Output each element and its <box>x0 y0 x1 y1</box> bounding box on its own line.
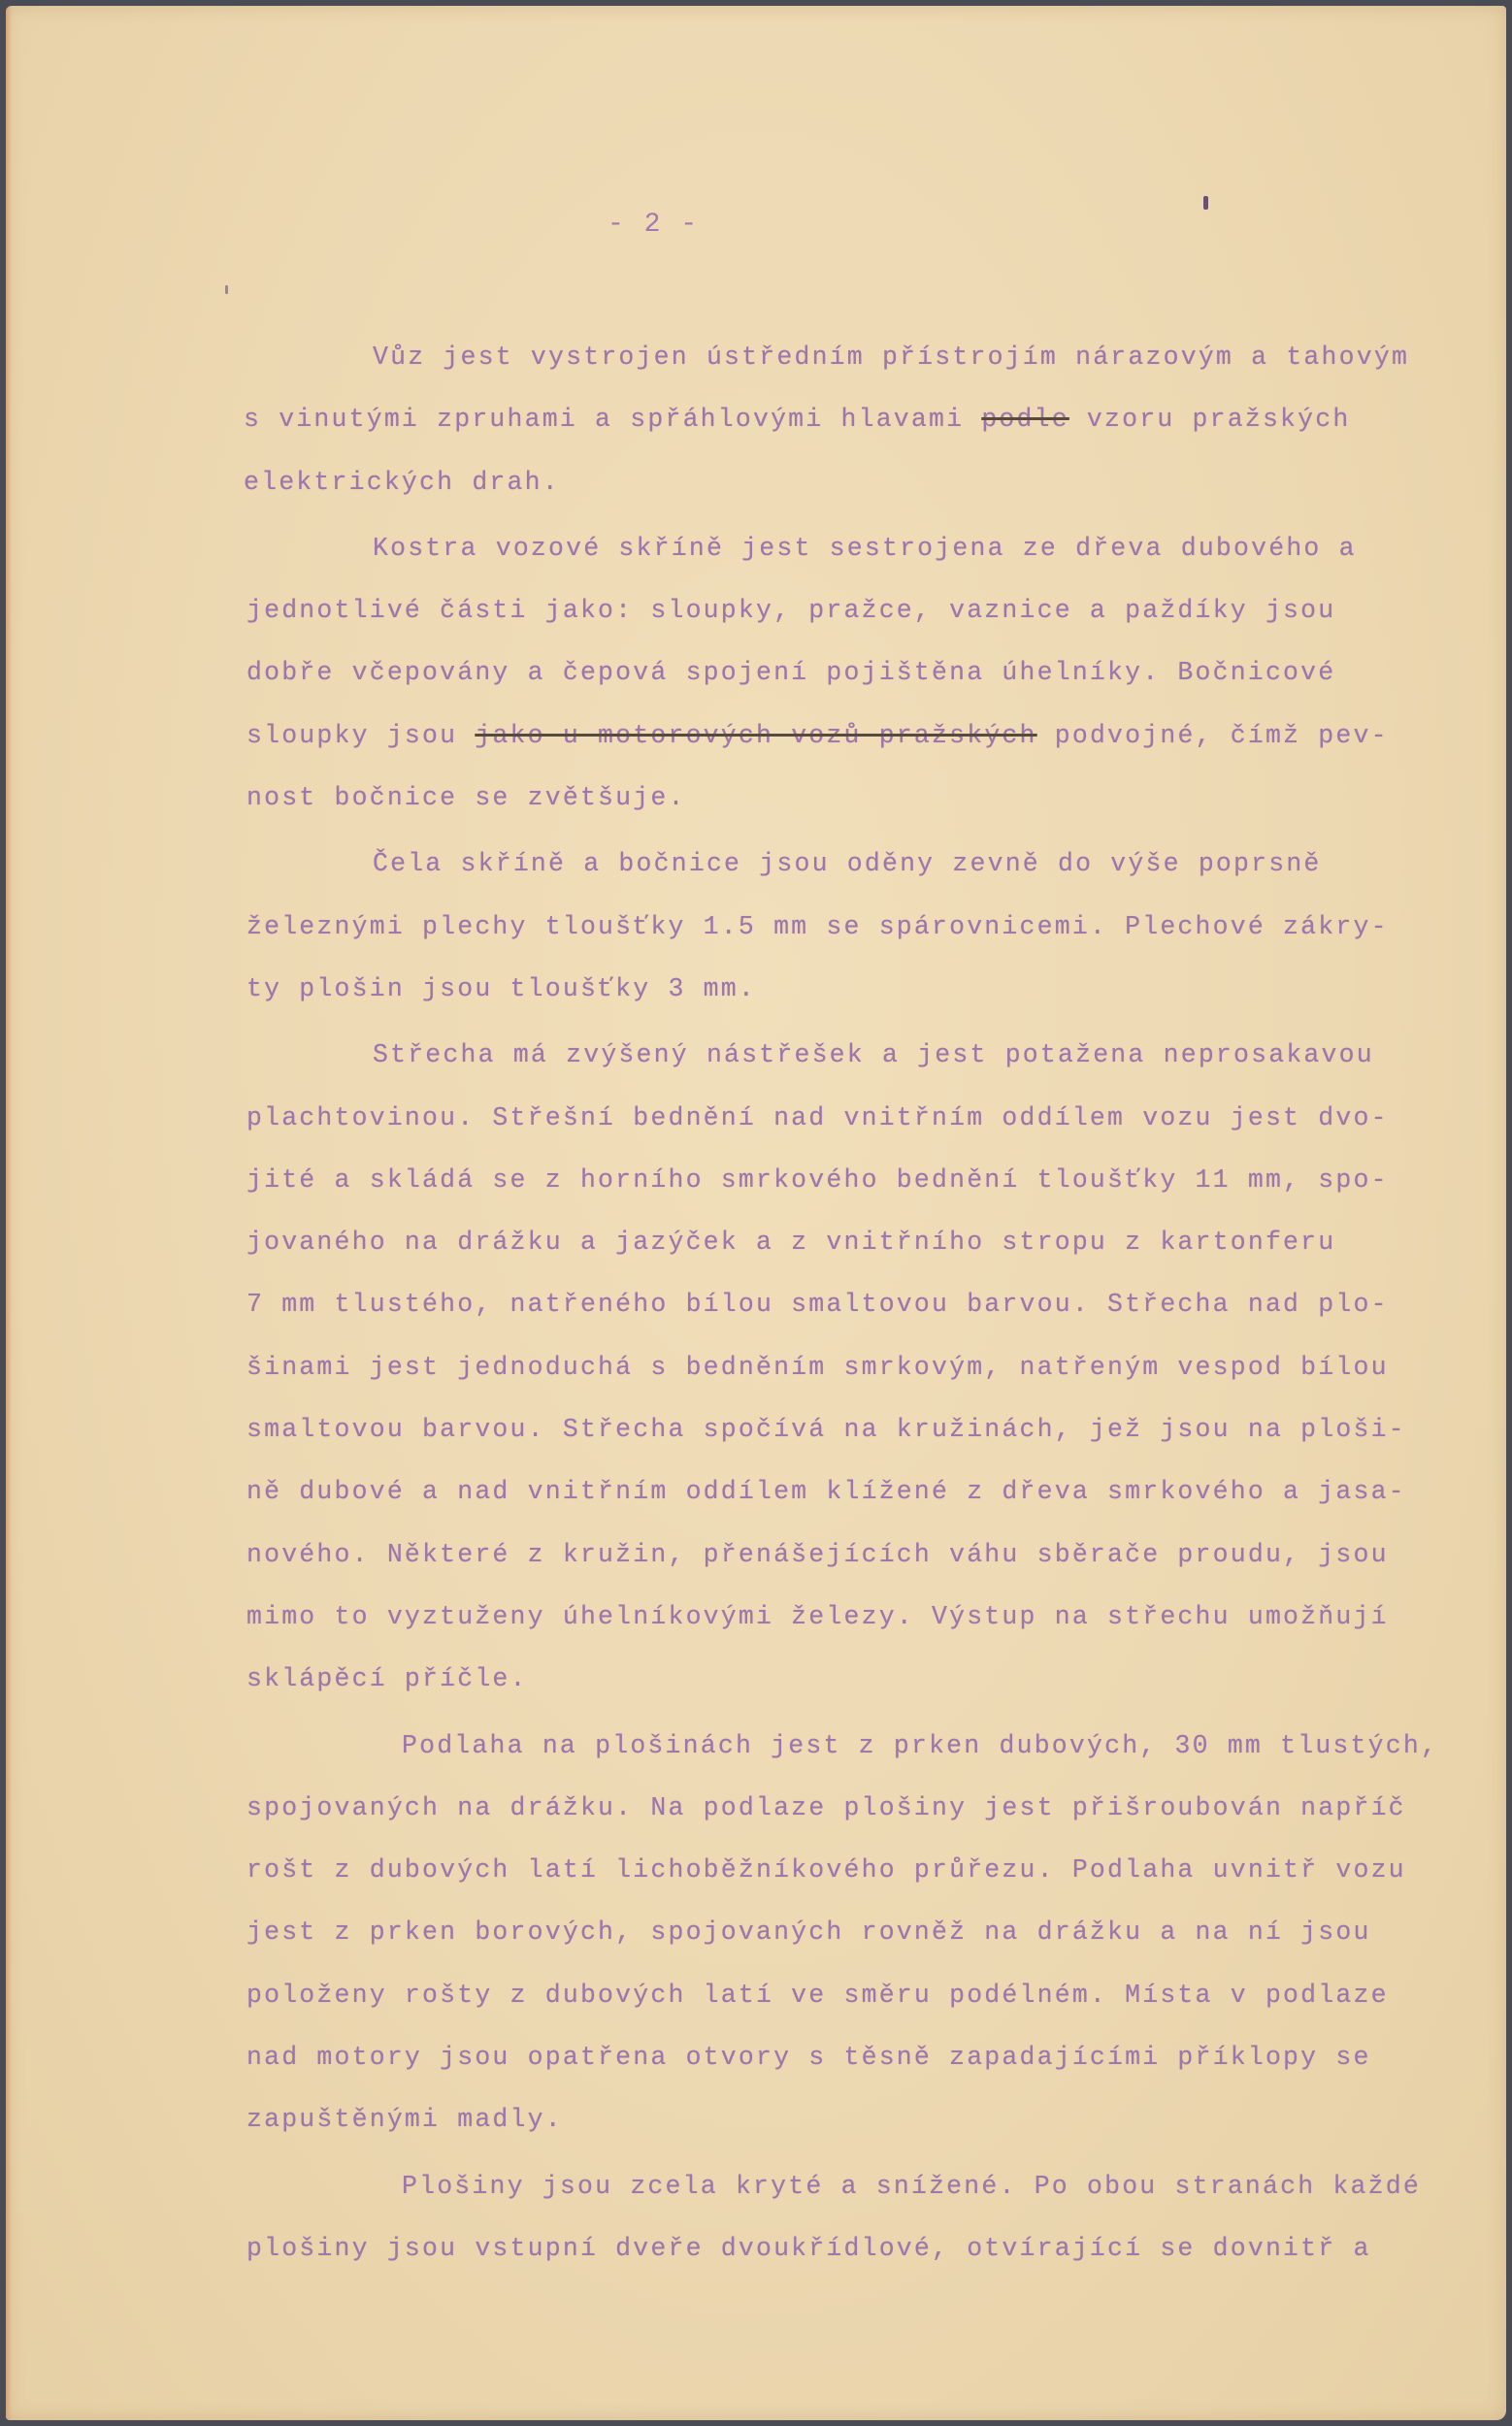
text-line: Čela skříně a bočnice jsou oděny zevně d… <box>247 833 1469 895</box>
struck-text: podle <box>981 405 1069 434</box>
page-number: - 2 - <box>608 210 699 240</box>
text-line: nad motory jsou opatřena otvory s těsně … <box>247 2026 1469 2088</box>
text-line: jednotlivé části jako: sloupky, pražce, … <box>247 579 1469 641</box>
text-fragment: sloupky jsou <box>247 721 475 750</box>
text-line: jité a skládá se z horního smrkového bed… <box>247 1149 1469 1211</box>
text-line: spojovaných na drážku. Na podlaze plošin… <box>247 1777 1469 1839</box>
typewritten-page: - 2 - Vůz jest vystrojen ústředním příst… <box>6 6 1506 2420</box>
document-body: Vůz jest vystrojen ústředním přístrojím … <box>247 326 1469 2279</box>
paragraph-5: Podlaha na plošinách jest z prken dubový… <box>247 1715 1469 2151</box>
ink-speck <box>1203 196 1208 210</box>
text-line: sloupky jsou jako u motorových vozů praž… <box>247 705 1469 767</box>
text-line: plachtovinou. Střešní bednění nad vnitřn… <box>247 1087 1469 1149</box>
text-fragment: s vinutými zpruhami a spřáhlovými hlavam… <box>244 405 981 434</box>
text-line: Plošiny jsou zcela kryté a snížené. Po o… <box>247 2155 1469 2217</box>
paragraph-4: Střecha má zvýšený nástřešek a jest pota… <box>247 1024 1469 1710</box>
text-line: jovaného na drážku a jazýček a z vnitřní… <box>247 1211 1469 1273</box>
text-line: elektrických drah. <box>244 451 1469 513</box>
text-line: 7 mm tlustého, natřeného bílou smaltovou… <box>247 1273 1469 1335</box>
text-line: nost bočnice se zvětšuje. <box>247 767 1469 829</box>
text-line: zapuštěnými madly. <box>247 2088 1469 2150</box>
paragraph-3: Čela skříně a bočnice jsou oděny zevně d… <box>247 833 1469 1020</box>
paragraph-6: Plošiny jsou zcela kryté a snížené. Po o… <box>247 2155 1469 2280</box>
paragraph-1: Vůz jest vystrojen ústředním přístrojím … <box>247 326 1469 513</box>
text-line: smaltovou barvou. Střecha spočívá na kru… <box>247 1398 1469 1460</box>
text-fragment: vzoru pražských <box>1069 405 1351 434</box>
text-line: mimo to vyztuženy úhelníkovými železy. V… <box>247 1586 1469 1648</box>
text-line: Střecha má zvýšený nástřešek a jest pota… <box>247 1024 1469 1086</box>
text-line: Podlaha na plošinách jest z prken dubový… <box>247 1715 1469 1777</box>
text-line: šinami jest jednoduchá s bedněním smrkov… <box>247 1336 1469 1398</box>
text-line: Vůz jest vystrojen ústředním přístrojím … <box>247 326 1469 388</box>
ink-speck <box>225 285 228 294</box>
text-line: s vinutými zpruhami a spřáhlovými hlavam… <box>244 388 1469 450</box>
paragraph-2: Kostra vozové skříně jest sestrojena ze … <box>247 517 1469 829</box>
text-line: Kostra vozové skříně jest sestrojena ze … <box>247 517 1469 579</box>
text-line: sklápěcí příčle. <box>247 1648 1469 1710</box>
text-line: jest z prken borových, spojovaných rovně… <box>247 1901 1469 1963</box>
text-line: položeny rošty z dubových latí ve směru … <box>247 1964 1469 2026</box>
text-line: rošt z dubových latí lichoběžníkového pr… <box>247 1839 1469 1901</box>
text-line: dobře včepovány a čepová spojení pojiště… <box>247 641 1469 704</box>
text-line: železnými plechy tloušťky 1.5 mm se spár… <box>247 896 1469 958</box>
struck-text: jako u motorových vozů pražských <box>475 721 1036 750</box>
text-line: plošiny jsou vstupní dveře dvoukřídlové,… <box>247 2217 1469 2279</box>
text-line: ty plošin jsou tloušťky 3 mm. <box>247 958 1469 1020</box>
text-fragment: podvojné, čímž pev- <box>1037 721 1389 750</box>
text-line: ně dubové a nad vnitřním oddílem klížené… <box>247 1460 1469 1523</box>
text-line: nového. Některé z kružin, přenášejících … <box>247 1524 1469 1586</box>
